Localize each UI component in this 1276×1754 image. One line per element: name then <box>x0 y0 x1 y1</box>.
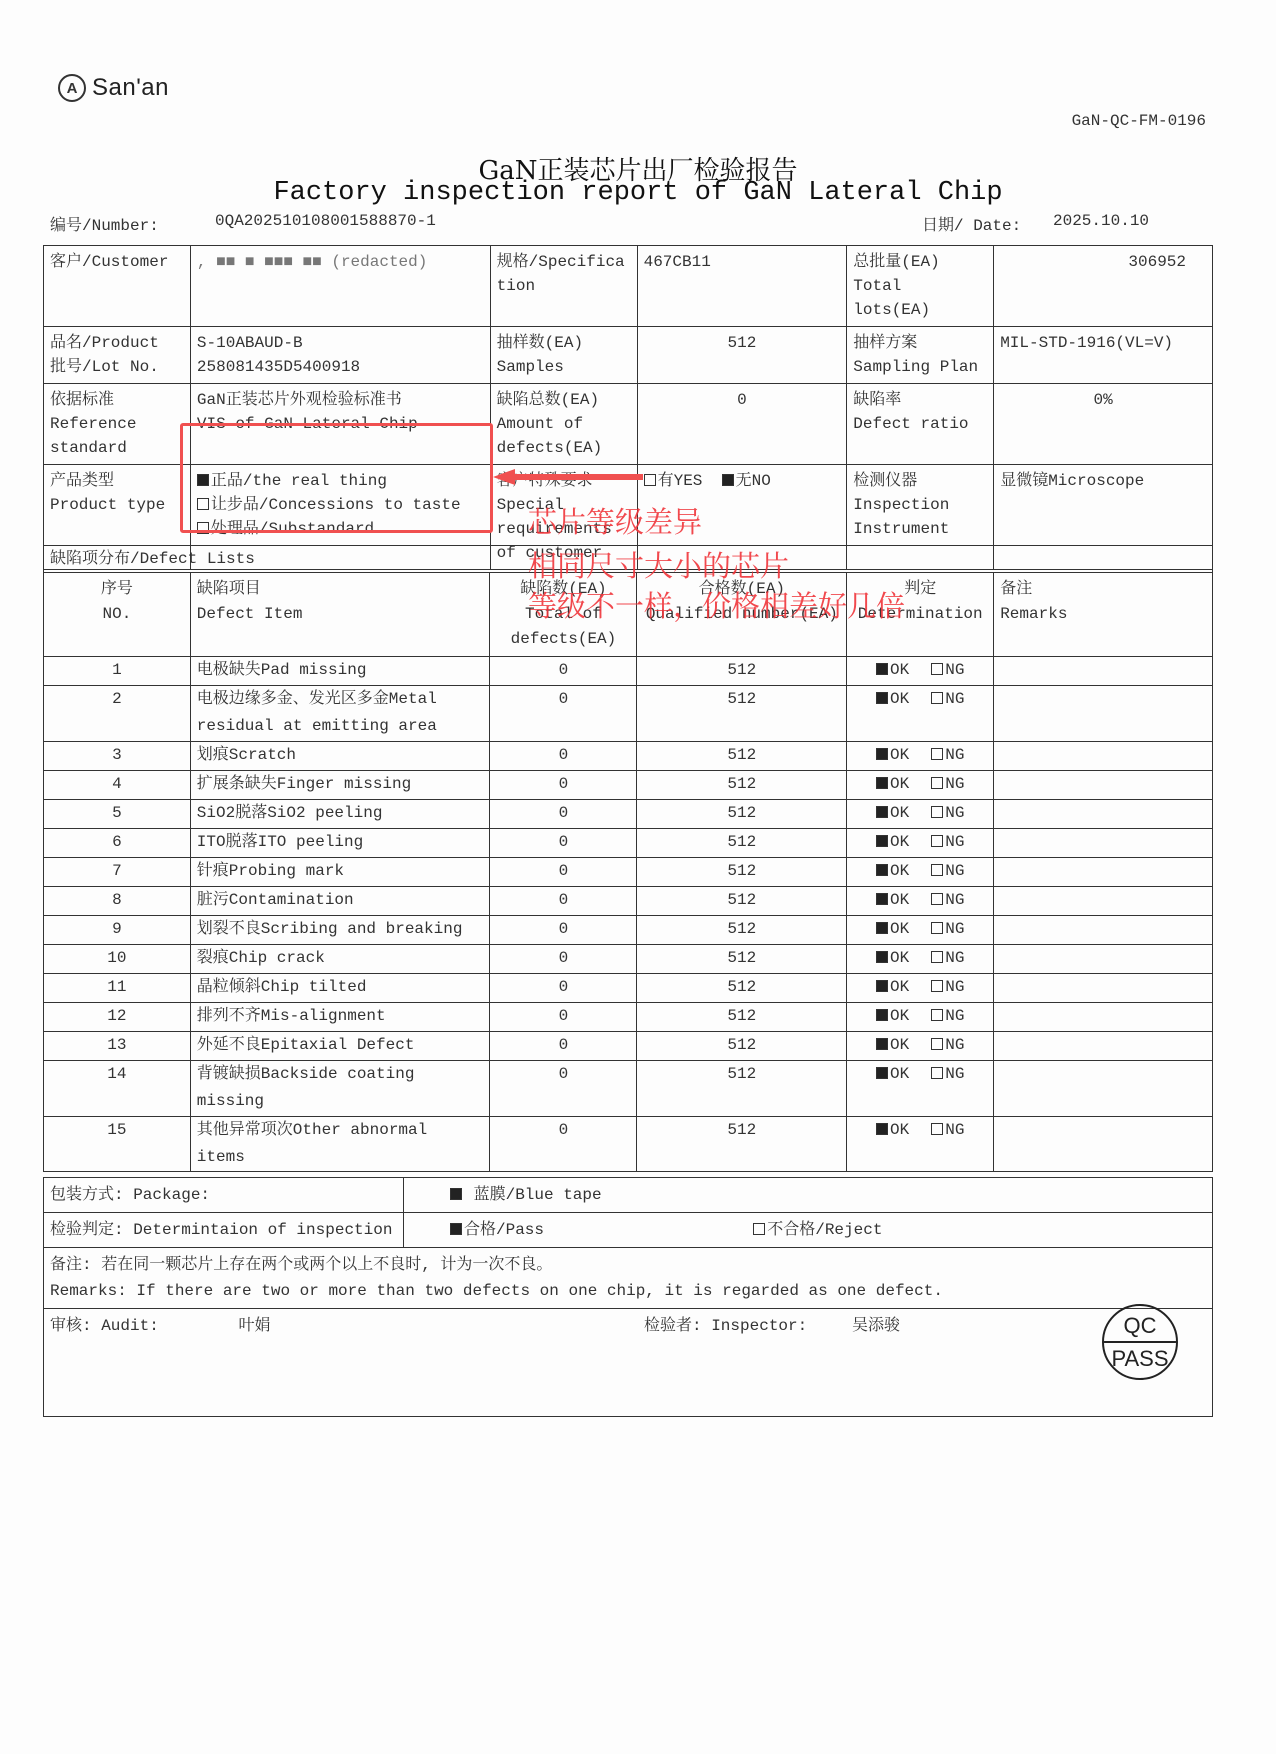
row-remarks <box>994 829 1213 858</box>
audit-label: 审核: Audit: <box>50 1317 159 1335</box>
spec-value: 467CB11 <box>637 246 847 327</box>
checkbox-icon[interactable] <box>722 474 734 486</box>
defect-rows: 1电极缺失Pad missing0512OKNG2电极边缘多金、发光区多金Met… <box>44 657 1213 1172</box>
row-qualified: 512 <box>637 1003 847 1032</box>
row-qualified: 512 <box>637 800 847 829</box>
row-remarks <box>994 771 1213 800</box>
remarks-note: 备注: 若在同一颗芯片上存在两个或两个以上不良时, 计为一次不良。 Remark… <box>44 1248 1213 1309</box>
row-defects: 0 <box>490 829 637 858</box>
row-defects: 0 <box>490 916 637 945</box>
product-value: S-10ABAUD-B <box>197 331 484 355</box>
checkbox-icon[interactable] <box>450 1223 462 1235</box>
checkbox-icon[interactable] <box>931 980 943 992</box>
inspection-report-page: A San'an GaN-QC-FM-0196 GaN正装芯片出厂检验报告 Fa… <box>0 0 1276 1754</box>
row-defects: 0 <box>490 1061 637 1117</box>
row-defects: 0 <box>490 686 637 742</box>
checkbox-icon[interactable] <box>931 748 943 760</box>
row-defects: 0 <box>490 1003 637 1032</box>
row-no: 7 <box>44 858 191 887</box>
row-item: ITO脱落ITO peeling <box>190 829 490 858</box>
inspector-label: 检验者: Inspector: <box>644 1313 807 1339</box>
row-item: 电极边缘多金、发光区多金Metal residual at emitting a… <box>190 686 490 742</box>
row-no: 10 <box>44 945 191 974</box>
checkbox-icon[interactable] <box>931 864 943 876</box>
row-qualified: 512 <box>637 742 847 771</box>
lot-value: 258081435D5400918 <box>197 355 484 379</box>
product-lot-label: 品名/Product批号/Lot No. <box>44 327 191 384</box>
table-row: 4扩展条缺失Finger missing0512OKNG <box>44 771 1213 800</box>
row-defects: 0 <box>490 657 637 686</box>
checkbox-icon[interactable] <box>931 1009 943 1021</box>
sampling-plan-value: MIL-STD-1916(VL=V) <box>994 327 1213 384</box>
row-determination: OKNG <box>847 686 994 742</box>
row-determination: OKNG <box>847 1061 994 1117</box>
checkbox-icon[interactable] <box>876 893 888 905</box>
annotation-highlight-box <box>180 423 493 533</box>
row-no: 14 <box>44 1061 191 1117</box>
table-row: 5SiO2脱落SiO2 peeling0512OKNG <box>44 800 1213 829</box>
row-no: 6 <box>44 829 191 858</box>
checkbox-icon[interactable] <box>753 1223 765 1235</box>
table-row: 3划痕Scratch0512OKNG <box>44 742 1213 771</box>
row-defects: 0 <box>490 800 637 829</box>
checkbox-icon[interactable] <box>876 1038 888 1050</box>
checkbox-icon[interactable] <box>876 663 888 675</box>
table-row: 7针痕Probing mark0512OKNG <box>44 858 1213 887</box>
checkbox-icon[interactable] <box>876 748 888 760</box>
checkbox-icon[interactable] <box>931 893 943 905</box>
row-remarks <box>994 887 1213 916</box>
row-determination: OKNG <box>847 742 994 771</box>
table-row: 10裂痕Chip crack0512OKNG <box>44 945 1213 974</box>
row-remarks <box>994 945 1213 974</box>
title-english: Factory inspection report of GaN Lateral… <box>0 178 1276 208</box>
row-no: 11 <box>44 974 191 1003</box>
table-row: 14背镀缺损Backside coating missing0512OKNG <box>44 1061 1213 1117</box>
row-defects: 0 <box>490 1117 637 1172</box>
date-label: 日期/ Date: <box>922 212 1021 235</box>
checkbox-icon[interactable] <box>876 835 888 847</box>
row-remarks <box>994 1061 1213 1117</box>
row-item: SiO2脱落SiO2 peeling <box>190 800 490 829</box>
row-remarks <box>994 1117 1213 1172</box>
checkbox-icon[interactable] <box>876 1067 888 1079</box>
defect-ratio-value: 0% <box>994 384 1213 465</box>
customer-value: , ■■ ■ ■■■ ■■ (redacted) <box>190 246 490 327</box>
defects-amount-label: 缺陷总数(EA)Amount of defects(EA) <box>490 384 637 465</box>
row-determination: OKNG <box>847 916 994 945</box>
annotation-text: 芯片等级差异 <box>528 506 702 538</box>
row-qualified: 512 <box>637 686 847 742</box>
row-item: 排列不齐Mis-alignment <box>190 1003 490 1032</box>
checkbox-icon[interactable] <box>876 980 888 992</box>
table-row: 15其他异常项次Other abnormal items0512OKNG <box>44 1117 1213 1172</box>
row-determination: OKNG <box>847 800 994 829</box>
row-determination: OKNG <box>847 887 994 916</box>
product-lot-value: S-10ABAUD-B258081435D5400918 <box>190 327 490 384</box>
determination-label: 检验判定: Determintaion of inspection <box>44 1213 404 1248</box>
row-defects: 0 <box>490 771 637 800</box>
row-no: 13 <box>44 1032 191 1061</box>
row-no: 5 <box>44 800 191 829</box>
row-remarks <box>994 858 1213 887</box>
row-no: 15 <box>44 1117 191 1172</box>
samples-value: 512 <box>637 327 847 384</box>
defect-list-table: 缺陷项分布/Defect Lists 序号NO. 缺陷项目Defect Item… <box>43 545 1213 1172</box>
row-qualified: 512 <box>637 858 847 887</box>
table-row: 9划裂不良Scribing and breaking0512OKNG <box>44 916 1213 945</box>
spec-label: 规格/Specification <box>490 246 637 327</box>
row-qualified: 512 <box>637 974 847 1003</box>
qc-pass-stamp: QC PASS <box>1102 1304 1178 1380</box>
row-no: 4 <box>44 771 191 800</box>
row-remarks <box>994 686 1213 742</box>
row-no: 3 <box>44 742 191 771</box>
reference-label: 依据标准Reference standard <box>44 384 191 465</box>
annotation-arrow-icon <box>493 469 643 485</box>
row-item: 针痕Probing mark <box>190 858 490 887</box>
row-qualified: 512 <box>637 916 847 945</box>
row-no: 9 <box>44 916 191 945</box>
row-qualified: 512 <box>637 1032 847 1061</box>
row-defects: 0 <box>490 974 637 1003</box>
row-qualified: 512 <box>637 1117 847 1172</box>
row-qualified: 512 <box>637 657 847 686</box>
checkbox-icon[interactable] <box>644 474 656 486</box>
footer-table: 包装方式: Package: 蓝膜/Blue tape 检验判定: Determ… <box>43 1177 1213 1417</box>
checkbox-icon[interactable] <box>931 835 943 847</box>
date-value: 2025.10.10 <box>1053 212 1149 230</box>
row-qualified: 512 <box>637 1061 847 1117</box>
table-row: 12排列不齐Mis-alignment0512OKNG <box>44 1003 1213 1032</box>
row-qualified: 512 <box>637 945 847 974</box>
row-determination: OKNG <box>847 1117 994 1172</box>
row-qualified: 512 <box>637 771 847 800</box>
row-defects: 0 <box>490 945 637 974</box>
checkbox-icon[interactable] <box>931 663 943 675</box>
row-no: 12 <box>44 1003 191 1032</box>
row-determination: OKNG <box>847 771 994 800</box>
table-row: 13外延不良Epitaxial Defect0512OKNG <box>44 1032 1213 1061</box>
table-row: 2电极边缘多金、发光区多金Metal residual at emitting … <box>44 686 1213 742</box>
determination-value: 合格/Pass 不合格/Reject <box>403 1213 1212 1248</box>
company-logo: A San'an <box>58 74 169 102</box>
checkbox-icon[interactable] <box>876 1009 888 1021</box>
table-row: 8脏污Contamination0512OKNG <box>44 887 1213 916</box>
samples-label: 抽样数(EA)Samples <box>490 327 637 384</box>
form-code: GaN-QC-FM-0196 <box>1072 112 1206 130</box>
row-determination: OKNG <box>847 945 994 974</box>
row-item: 背镀缺损Backside coating missing <box>190 1061 490 1117</box>
row-item: 晶粒倾斜Chip tilted <box>190 974 490 1003</box>
row-no: 8 <box>44 887 191 916</box>
package-value: 蓝膜/Blue tape <box>403 1178 1212 1213</box>
annotation-text: 相同尺寸大小的芯片 <box>528 550 789 582</box>
customer-label: 客户/Customer <box>44 246 191 327</box>
row-item: 其他异常项次Other abnormal items <box>190 1117 490 1172</box>
row-item: 划裂不良Scribing and breaking <box>190 916 490 945</box>
sanan-logo-icon: A <box>58 74 86 102</box>
row-determination: OKNG <box>847 974 994 1003</box>
row-defects: 0 <box>490 887 637 916</box>
checkbox-icon[interactable] <box>931 777 943 789</box>
audit-name: 叶娟 <box>238 1317 270 1335</box>
table-row: 11晶粒倾斜Chip tilted0512OKNG <box>44 974 1213 1003</box>
row-determination: OKNG <box>847 1003 994 1032</box>
defect-ratio-label: 缺陷率Defect ratio <box>847 384 994 465</box>
row-remarks <box>994 1032 1213 1061</box>
row-item: 脏污Contamination <box>190 887 490 916</box>
annotation-text: 等级不一样，价格相差好几倍 <box>528 590 905 622</box>
sampling-plan-label: 抽样方案Sampling Plan <box>847 327 994 384</box>
checkbox-icon[interactable] <box>931 922 943 934</box>
checkbox-icon[interactable] <box>931 951 943 963</box>
total-lots-value: 306952 <box>994 246 1213 327</box>
row-remarks <box>994 657 1213 686</box>
row-qualified: 512 <box>637 887 847 916</box>
row-no: 2 <box>44 686 191 742</box>
checkbox-icon[interactable] <box>931 1123 943 1135</box>
col-header-item: 缺陷项目Defect Item <box>190 573 490 657</box>
row-determination: OKNG <box>847 1032 994 1061</box>
col-header-remarks: 备注Remarks <box>994 573 1213 657</box>
row-remarks <box>994 974 1213 1003</box>
logo-text: San'an <box>92 74 169 102</box>
signature-row: 审核: Audit: 叶娟 检验者: Inspector: 吴添骏 <box>44 1309 1213 1417</box>
checkbox-icon[interactable] <box>450 1188 462 1200</box>
checkbox-icon[interactable] <box>876 864 888 876</box>
checkbox-icon[interactable] <box>931 692 943 704</box>
number-label: 编号/Number: <box>50 212 159 235</box>
total-lots-label: 总批量(EA)Total lots(EA) <box>847 246 994 327</box>
checkbox-icon[interactable] <box>876 922 888 934</box>
row-determination: OKNG <box>847 858 994 887</box>
number-value: 0QA202510108001588870-1 <box>215 212 436 230</box>
row-remarks <box>994 800 1213 829</box>
table-row: 1电极缺失Pad missing0512OKNG <box>44 657 1213 686</box>
row-item: 电极缺失Pad missing <box>190 657 490 686</box>
row-remarks <box>994 916 1213 945</box>
row-defects: 0 <box>490 1032 637 1061</box>
checkbox-icon[interactable] <box>876 777 888 789</box>
row-defects: 0 <box>490 858 637 887</box>
row-remarks <box>994 1003 1213 1032</box>
row-item: 裂痕Chip crack <box>190 945 490 974</box>
row-item: 扩展条缺失Finger missing <box>190 771 490 800</box>
row-remarks <box>994 742 1213 771</box>
checkbox-icon[interactable] <box>931 1067 943 1079</box>
col-header-no: 序号NO. <box>44 573 191 657</box>
row-no: 1 <box>44 657 191 686</box>
checkbox-icon[interactable] <box>876 806 888 818</box>
row-determination: OKNG <box>847 829 994 858</box>
defects-amount-value: 0 <box>637 384 847 465</box>
checkbox-icon[interactable] <box>876 692 888 704</box>
checkbox-icon[interactable] <box>876 1123 888 1135</box>
checkbox-icon[interactable] <box>876 951 888 963</box>
checkbox-icon[interactable] <box>931 806 943 818</box>
row-item: 划痕Scratch <box>190 742 490 771</box>
table-row: 6ITO脱落ITO peeling0512OKNG <box>44 829 1213 858</box>
row-determination: OKNG <box>847 657 994 686</box>
row-item: 外延不良Epitaxial Defect <box>190 1032 490 1061</box>
inspector-name: 吴添骏 <box>852 1313 900 1339</box>
checkbox-icon[interactable] <box>931 1038 943 1050</box>
row-defects: 0 <box>490 742 637 771</box>
row-qualified: 512 <box>637 829 847 858</box>
package-label: 包装方式: Package: <box>44 1178 404 1213</box>
